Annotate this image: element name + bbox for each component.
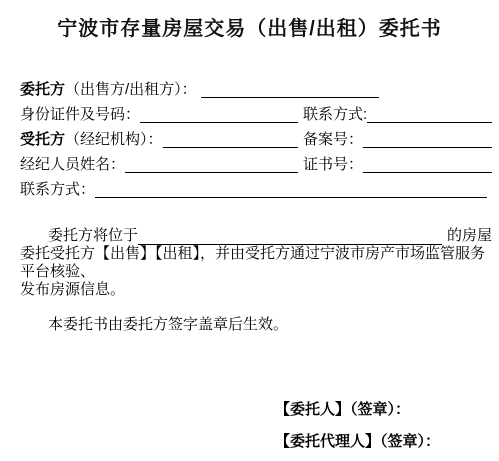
trustee-label-rest: （经纪机构）： bbox=[65, 131, 163, 148]
cert-no-pair: 证书号： bbox=[303, 157, 492, 173]
client-label-bold: 委托方 bbox=[20, 81, 65, 98]
client-label: 委托方（出售方/出租方）： bbox=[20, 82, 197, 98]
cert-no-label: 证书号： bbox=[303, 157, 363, 173]
delegation-suffix: 的房屋 bbox=[447, 227, 492, 245]
client-contact-blank bbox=[367, 108, 492, 123]
record-no-pair: 备案号： bbox=[303, 132, 492, 148]
cert-no-blank bbox=[363, 158, 492, 173]
record-no-blank bbox=[363, 133, 492, 148]
record-no-label: 备案号： bbox=[303, 132, 363, 148]
delegation-line-3: 发布房源信息。 bbox=[20, 281, 492, 299]
trustee-label: 受托方（经纪机构）： bbox=[20, 132, 163, 148]
delegation-line-2: 委托受托方【出售】【出租】，并由受托方通过宁波市房产市场监管服务平台核验、 bbox=[20, 245, 492, 281]
agent-contact-blank bbox=[95, 183, 487, 198]
delegation-prefix: 委托方将位于 bbox=[48, 227, 138, 245]
id-number-blank bbox=[140, 108, 298, 123]
signature-block: 【委托人】（签章）： 【委托代理人】（签章）： bbox=[275, 401, 440, 461]
id-number-label: 身份证件及号码： bbox=[20, 107, 140, 123]
agent-name-blank bbox=[125, 158, 298, 173]
client-signature-label: 【委托人】（签章）： bbox=[275, 401, 440, 419]
agent-contact-label: 联系方式： bbox=[20, 182, 95, 198]
agent-name-label: 经纪人员姓名： bbox=[20, 157, 125, 173]
document-page: 宁波市存量房屋交易（出售/出租）委托书 委托方（出售方/出租方）： 身份证件及号… bbox=[0, 0, 499, 461]
form-row-trustee: 受托方（经纪机构）： 备案号： bbox=[20, 132, 492, 148]
client-label-rest: （出售方/出租方）： bbox=[65, 81, 197, 98]
property-address-blank bbox=[138, 230, 442, 245]
effective-clause: 本委托书由委托方签字盖章后生效。 bbox=[20, 316, 492, 334]
form-fields: 委托方（出售方/出租方）： 身份证件及号码： 联系方式: 受托方（经纪机构）： … bbox=[20, 82, 492, 198]
agent-name-pair: 经纪人员姓名： bbox=[20, 157, 303, 173]
client-contact-label: 联系方式: bbox=[303, 107, 367, 123]
client-contact-pair: 联系方式: bbox=[303, 107, 492, 123]
trustee-name-blank bbox=[163, 133, 298, 148]
form-row-agent: 经纪人员姓名： 证书号： bbox=[20, 157, 492, 173]
form-row-id-contact: 身份证件及号码： 联系方式: bbox=[20, 107, 492, 123]
form-row-client: 委托方（出售方/出租方）： bbox=[20, 82, 492, 98]
document-title: 宁波市存量房屋交易（出售/出租）委托书 bbox=[0, 0, 499, 41]
agent-signature-label: 【委托代理人】（签章）： bbox=[275, 433, 440, 451]
id-number-pair: 身份证件及号码： bbox=[20, 107, 303, 123]
delegation-paragraph: 委托方将位于 的房屋 委托受托方【出售】【出租】，并由受托方通过宁波市房产市场监… bbox=[20, 227, 492, 299]
delegation-line-1: 委托方将位于 的房屋 bbox=[20, 227, 492, 245]
client-name-blank bbox=[201, 83, 379, 98]
form-row-contact2: 联系方式： bbox=[20, 182, 492, 198]
trustee-pair: 受托方（经纪机构）： bbox=[20, 132, 303, 148]
trustee-label-bold: 受托方 bbox=[20, 131, 65, 148]
